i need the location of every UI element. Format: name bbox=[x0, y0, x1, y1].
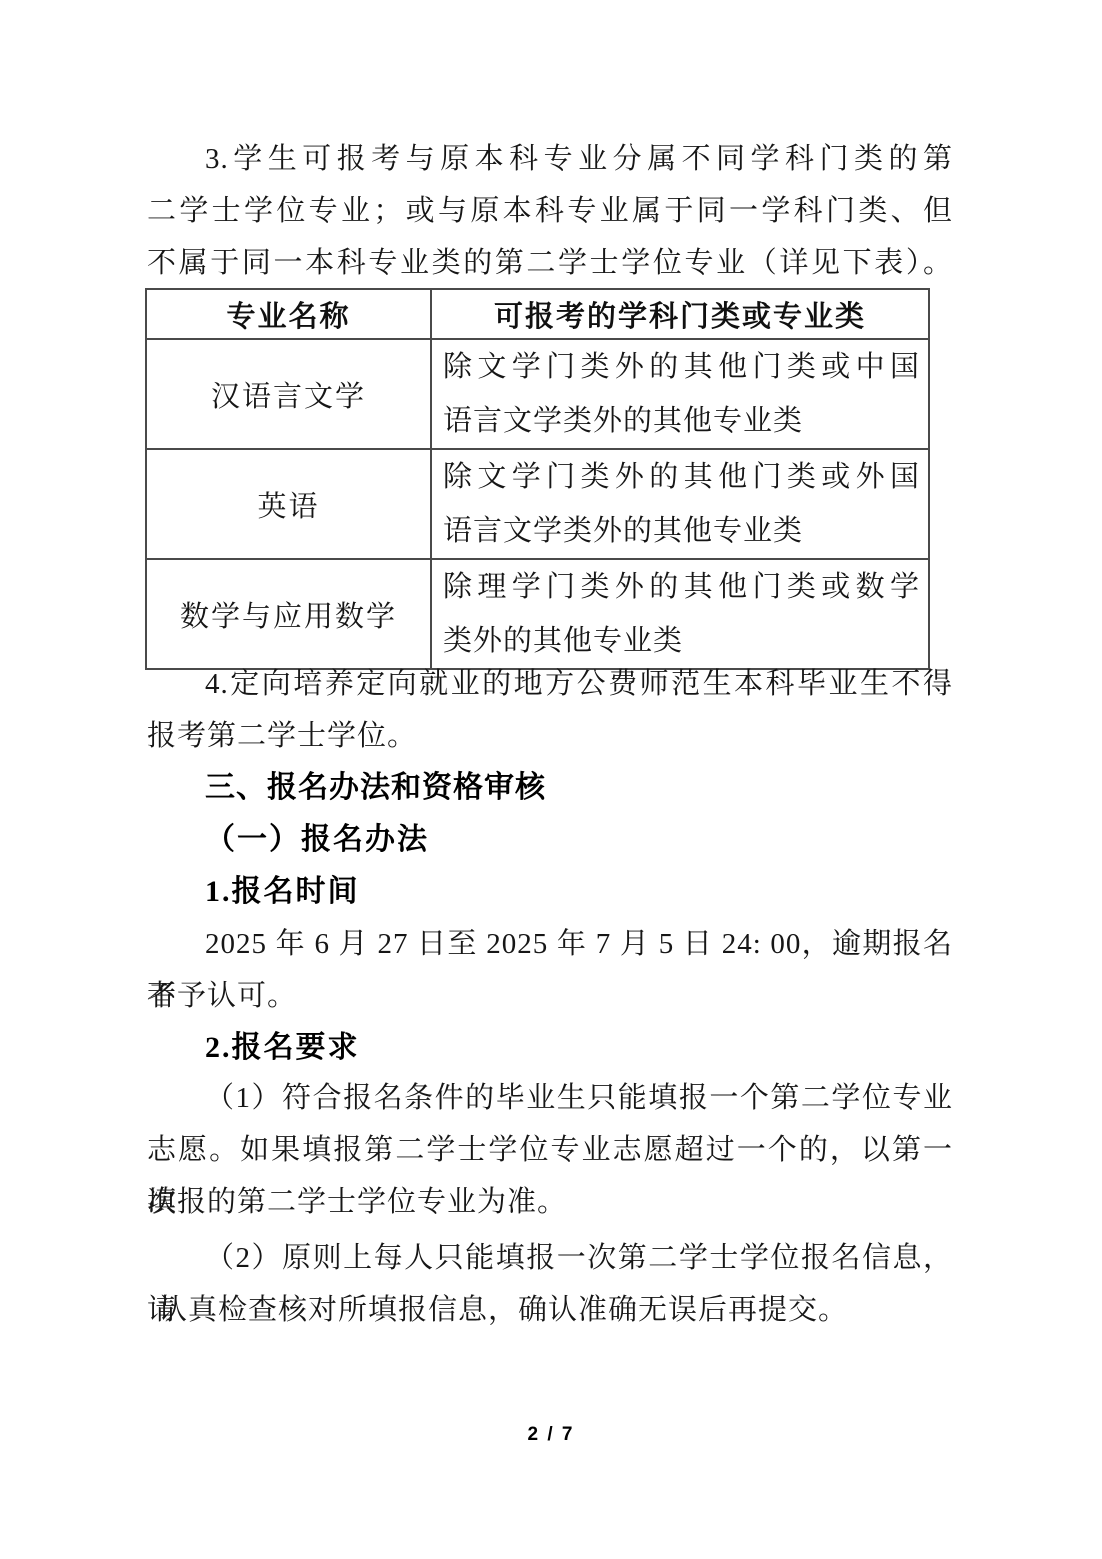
paragraph-3-line-2: 二学士学位专业；或与原本科专业属于同一学科门类、但 bbox=[147, 185, 953, 237]
subheading-registration-method: （一）报名办法 bbox=[147, 814, 1011, 866]
paragraph-3-line-1: 3.学生可报考与原本科专业分属不同学科门类的第 bbox=[147, 133, 953, 185]
table-cell-eligible: 除理学门类外的其他门类或数学 类外的其他专业类 bbox=[431, 559, 929, 669]
table-row: 数学与应用数学 除理学门类外的其他门类或数学 类外的其他专业类 bbox=[146, 559, 929, 669]
paragraph-4: 4.定向培养定向就业的地方公费师范生本科毕业生不得 报考第二学士学位。 bbox=[147, 658, 953, 762]
subheading-registration-requirements: 2.报名要求 bbox=[147, 1022, 1011, 1074]
paragraph-4-line-2: 报考第二学士学位。 bbox=[147, 710, 953, 762]
table-header-major: 专业名称 bbox=[146, 289, 431, 339]
table-header-eligible: 可报考的学科门类或专业类 bbox=[431, 289, 929, 339]
section-heading-registration: 三、报名办法和资格审核 bbox=[147, 762, 1011, 814]
paragraph-time-line-1: 2025 年 6 月 27 日至 2025 年 7 月 5 日 24: 00，逾… bbox=[147, 918, 953, 970]
document-page: 3.学生可报考与原本科专业分属不同学科门类的第 二学士学位专业；或与原本科专业属… bbox=[0, 0, 1102, 1559]
paragraph-requirement-2: （2）原则上每人只能填报一次第二学士学位报名信息，请 认真检查核对所填报信息，确… bbox=[147, 1232, 953, 1336]
table-cell-major: 数学与应用数学 bbox=[146, 559, 431, 669]
eligible-line: 除文学门类外的其他门类或外国 bbox=[443, 450, 920, 504]
table-cell-major: 汉语言文学 bbox=[146, 339, 431, 449]
paragraph-4-line-1: 4.定向培养定向就业的地方公费师范生本科毕业生不得 bbox=[147, 658, 953, 710]
paragraph-3-line-3: 不属于同一本科专业类的第二学士学位专业（详见下表）。 bbox=[147, 237, 953, 289]
paragraph-requirement-1: （1）符合报名条件的毕业生只能填报一个第二学位专业 志愿。如果填报第二学士学位专… bbox=[147, 1072, 953, 1228]
requirement-2-line-2: 认真检查核对所填报信息，确认准确无误后再提交。 bbox=[158, 1284, 953, 1336]
requirement-1-line-3: 填报的第二学士学位专业为准。 bbox=[147, 1176, 953, 1228]
table-header-row: 专业名称 可报考的学科门类或专业类 bbox=[146, 289, 929, 339]
requirement-2-line-1: （2）原则上每人只能填报一次第二学士学位报名信息，请 bbox=[147, 1232, 953, 1284]
subheading-registration-time: 1.报名时间 bbox=[147, 866, 1011, 918]
page-number: 2 / 7 bbox=[0, 1424, 1102, 1446]
table-cell-eligible: 除文学门类外的其他门类或中国 语言文学类外的其他专业类 bbox=[431, 339, 929, 449]
requirement-1-line-1: （1）符合报名条件的毕业生只能填报一个第二学位专业 bbox=[147, 1072, 953, 1124]
table-row: 汉语言文学 除文学门类外的其他门类或中国 语言文学类外的其他专业类 bbox=[146, 339, 929, 449]
eligible-line: 语言文学类外的其他专业类 bbox=[443, 504, 920, 558]
eligibility-table: 专业名称 可报考的学科门类或专业类 汉语言文学 除文学门类外的其他门类或中国 语… bbox=[145, 288, 930, 670]
eligible-line: 除文学门类外的其他门类或中国 bbox=[443, 340, 920, 394]
table-row: 英语 除文学门类外的其他门类或外国 语言文学类外的其他专业类 bbox=[146, 449, 929, 559]
requirement-1-line-2: 志愿。如果填报第二学士学位专业志愿超过一个的，以第一次 bbox=[147, 1124, 953, 1176]
paragraph-time-line-2: 不予认可。 bbox=[147, 970, 953, 1022]
paragraph-time: 2025 年 6 月 27 日至 2025 年 7 月 5 日 24: 00，逾… bbox=[147, 918, 953, 1022]
table-cell-major: 英语 bbox=[146, 449, 431, 559]
eligible-line: 除理学门类外的其他门类或数学 bbox=[443, 560, 920, 614]
table-cell-eligible: 除文学门类外的其他门类或外国 语言文学类外的其他专业类 bbox=[431, 449, 929, 559]
paragraph-3: 3.学生可报考与原本科专业分属不同学科门类的第 二学士学位专业；或与原本科专业属… bbox=[147, 133, 953, 289]
eligible-line: 语言文学类外的其他专业类 bbox=[443, 394, 920, 448]
